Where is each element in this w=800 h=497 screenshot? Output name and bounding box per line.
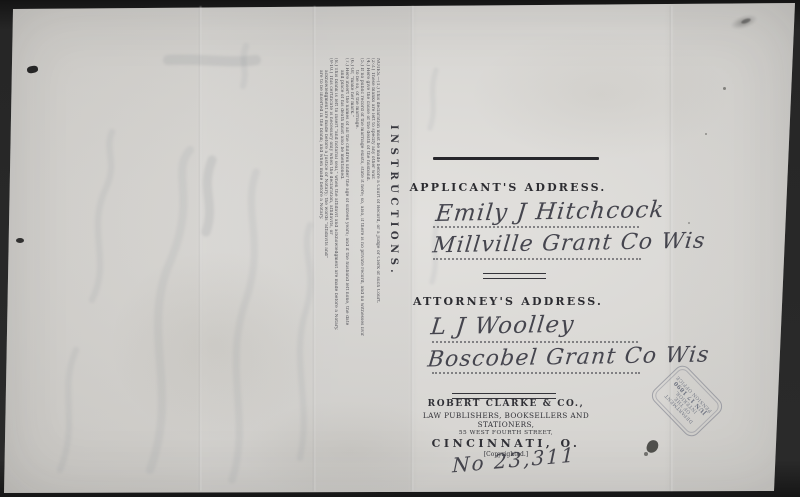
edge-mark (16, 238, 24, 243)
top-rule (433, 157, 599, 160)
stamp-date-line: JUN 17 1890 (673, 380, 707, 415)
applicant-address-heading: APPLICANT'S ADDRESS. (398, 181, 618, 194)
note-line: NOTES.—(1.) This declaration must be mad… (375, 58, 380, 336)
attorney-address-heading: ATTORNEY'S ADDRESS. (398, 295, 618, 308)
stamp-line: OF THE (674, 395, 692, 414)
note-line: (4.) Here give the cause of the death of… (364, 58, 369, 336)
imprint-publisher-name: ROBERT CLARKE & CO., (394, 399, 618, 409)
dotted-line (433, 224, 639, 228)
speck (688, 222, 690, 224)
speck (723, 87, 726, 90)
dotted-line (432, 370, 640, 374)
imprint-trade-line: LAW PUBLISHERS, BOOKSELLERS AND STATIONE… (394, 411, 618, 429)
ink-speck (644, 452, 648, 456)
section-divider (483, 273, 546, 279)
fold-crease (199, 6, 202, 491)
notes-block: NOTES.—(1.) This declaration must be mad… (316, 58, 380, 336)
dotted-line (432, 339, 638, 343)
note-line: acknowledgment are made before a Justice… (323, 58, 328, 336)
applicant-residence-handwriting: Millville Grant Co Wis (431, 229, 707, 259)
imprint-street: 55 West Fourth Street, (394, 430, 618, 436)
applicant-name-handwriting: Emily J Hitchcock (434, 197, 666, 227)
attorney-residence-handwriting: Boscobel Grant Co Wis (426, 343, 711, 373)
attorney-name-handwriting: L J Woolley (429, 312, 575, 340)
dotted-line (433, 256, 641, 260)
stamp-line: INTERIOR. (675, 389, 699, 414)
note-line: (7.) Here insert the names of all the ch… (344, 58, 349, 336)
instructions-heading: INSTRUCTIONS. (384, 113, 399, 289)
note-line: (6.) Or, "make her mark." (349, 58, 354, 336)
photographed-document: NOTES.—(1.) This declaration must be mad… (0, 0, 800, 497)
note-line: (5.) If no public record of the marriage… (359, 58, 364, 336)
note-line: (8.) This blank is left to insert "and n… (333, 58, 338, 336)
speck (705, 133, 707, 135)
note-line: and place of his death must also be ment… (338, 58, 343, 336)
note-line: are to be inserted in the blank; and whe… (318, 58, 323, 336)
